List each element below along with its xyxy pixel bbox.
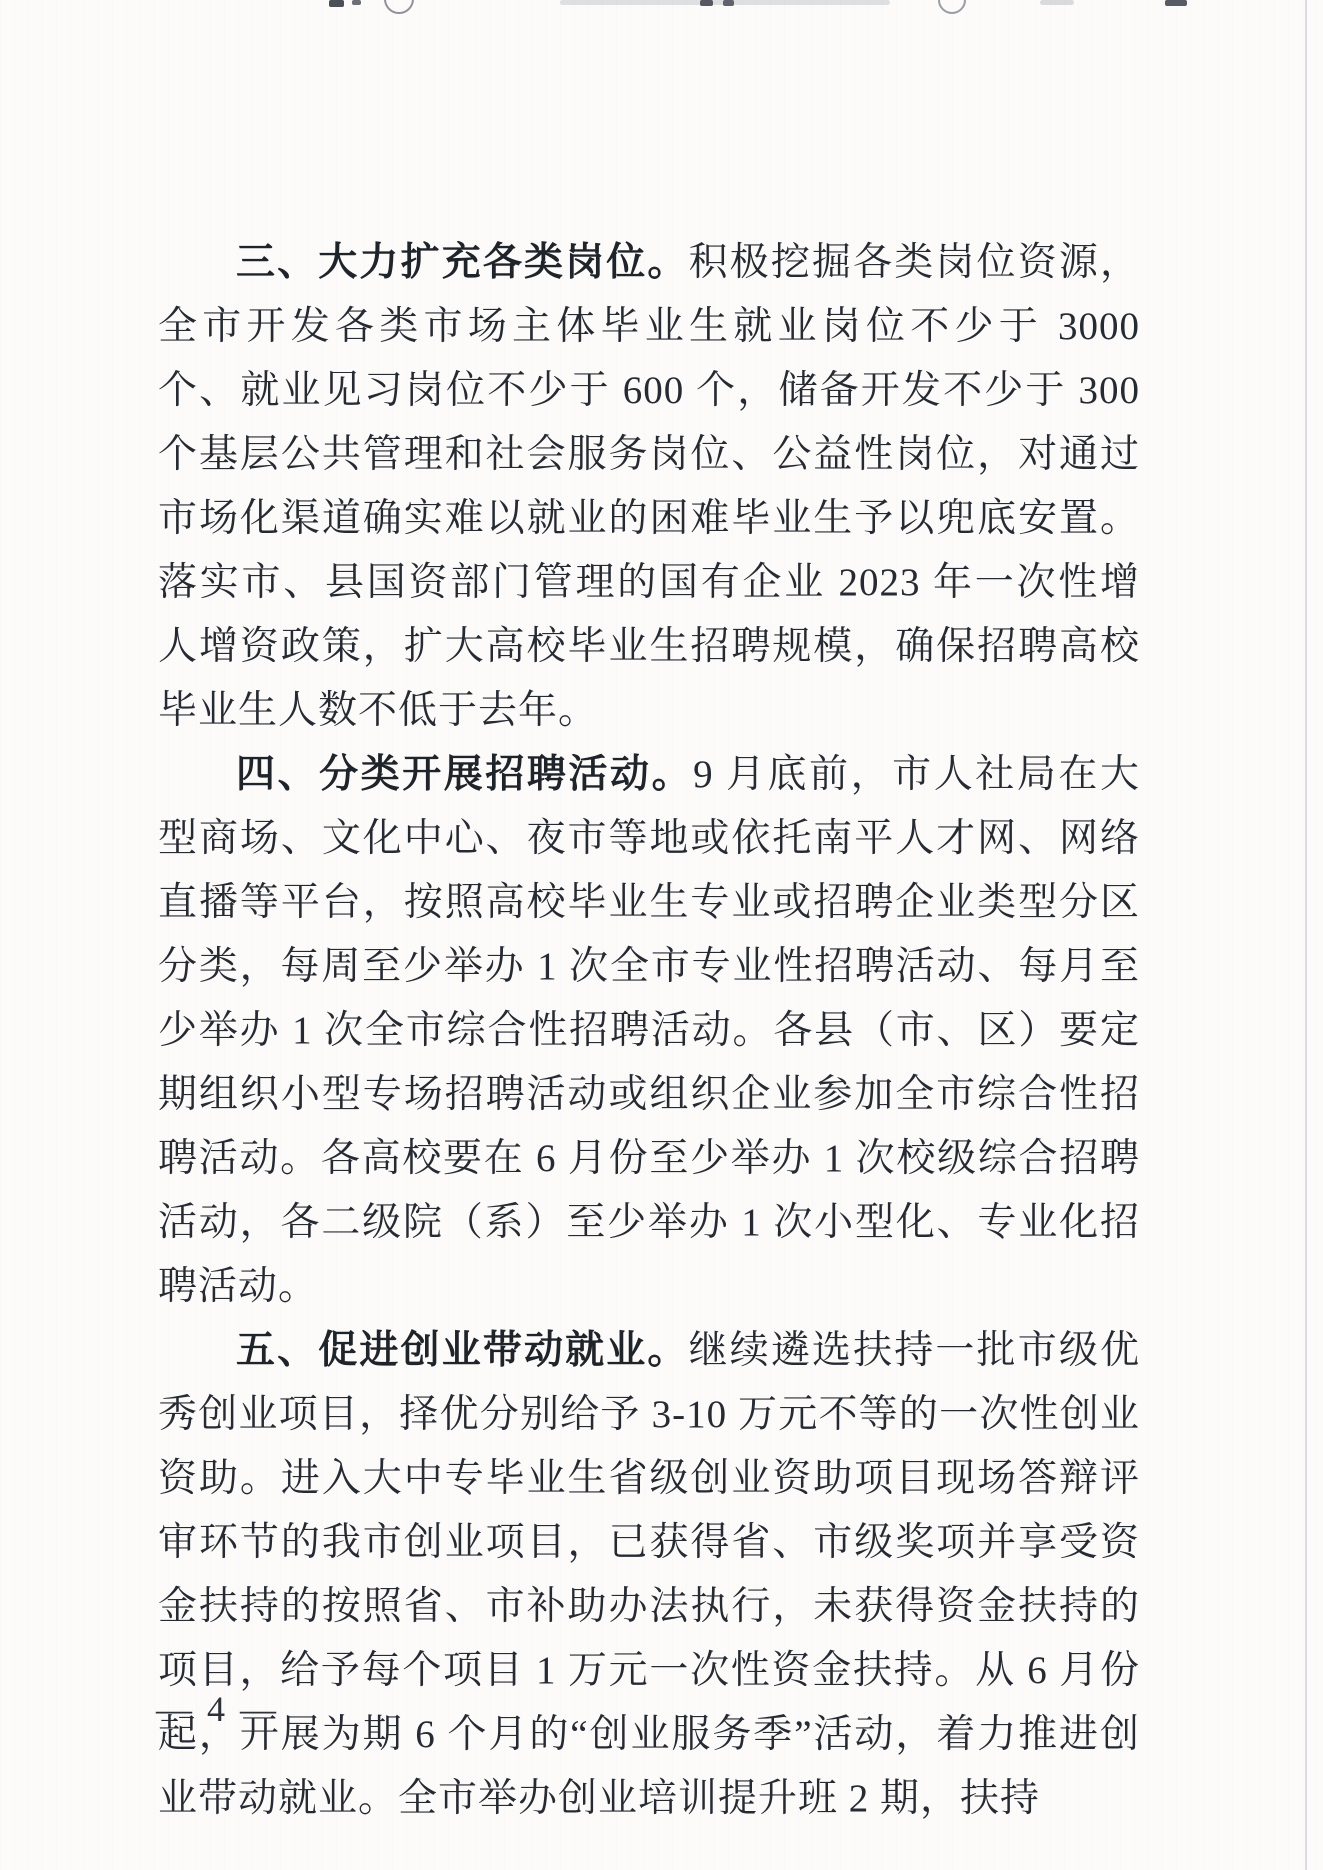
paragraph-section-4: 四、分类开展招聘活动。9 月底前，市人社局在大型商场、文化中心、夜市等地或依托南… <box>158 743 1140 1319</box>
paragraph-section-3: 三、大力扩充各类岗位。积极挖掘各类岗位资源，全市开发各类市场主体毕业生就业岗位不… <box>158 231 1140 743</box>
scan-artifact <box>1165 0 1187 6</box>
paragraph-section-5: 五、促进创业带动就业。继续遴选扶持一批市级优秀创业项目，择优分别给予 3-10 … <box>158 1319 1140 1831</box>
scan-artifact <box>723 0 734 6</box>
page-number: — 4 — <box>156 1688 279 1730</box>
paragraph-section-4-heading: 四、分类开展招聘活动。 <box>236 753 693 796</box>
scan-artifact <box>700 0 713 6</box>
scan-artifact <box>384 0 414 14</box>
paragraph-section-5-text: 继续遴选扶持一批市级优秀创业项目，择优分别给予 3-10 万元不等的一次性创业资… <box>158 1329 1140 1820</box>
scan-artifact <box>352 0 361 5</box>
document-page: 三、大力扩充各类岗位。积极挖掘各类岗位资源，全市开发各类市场主体毕业生就业岗位不… <box>0 0 1323 1870</box>
document-body: 三、大力扩充各类岗位。积极挖掘各类岗位资源，全市开发各类市场主体毕业生就业岗位不… <box>158 231 1140 1831</box>
scan-edge-shadow <box>1305 0 1307 1870</box>
paragraph-section-3-text: 积极挖掘各类岗位资源，全市开发各类市场主体毕业生就业岗位不少于 3000 个、就… <box>158 241 1140 732</box>
scan-artifact <box>329 0 344 7</box>
scan-artifact <box>1040 0 1074 5</box>
paragraph-section-3-heading: 三、大力扩充各类岗位。 <box>236 241 689 284</box>
paragraph-section-4-text: 9 月底前，市人社局在大型商场、文化中心、夜市等地或依托南平人才网、网络直播等平… <box>158 753 1140 1308</box>
paragraph-section-5-heading: 五、促进创业带动就业。 <box>236 1329 689 1372</box>
scan-artifact <box>938 0 966 14</box>
